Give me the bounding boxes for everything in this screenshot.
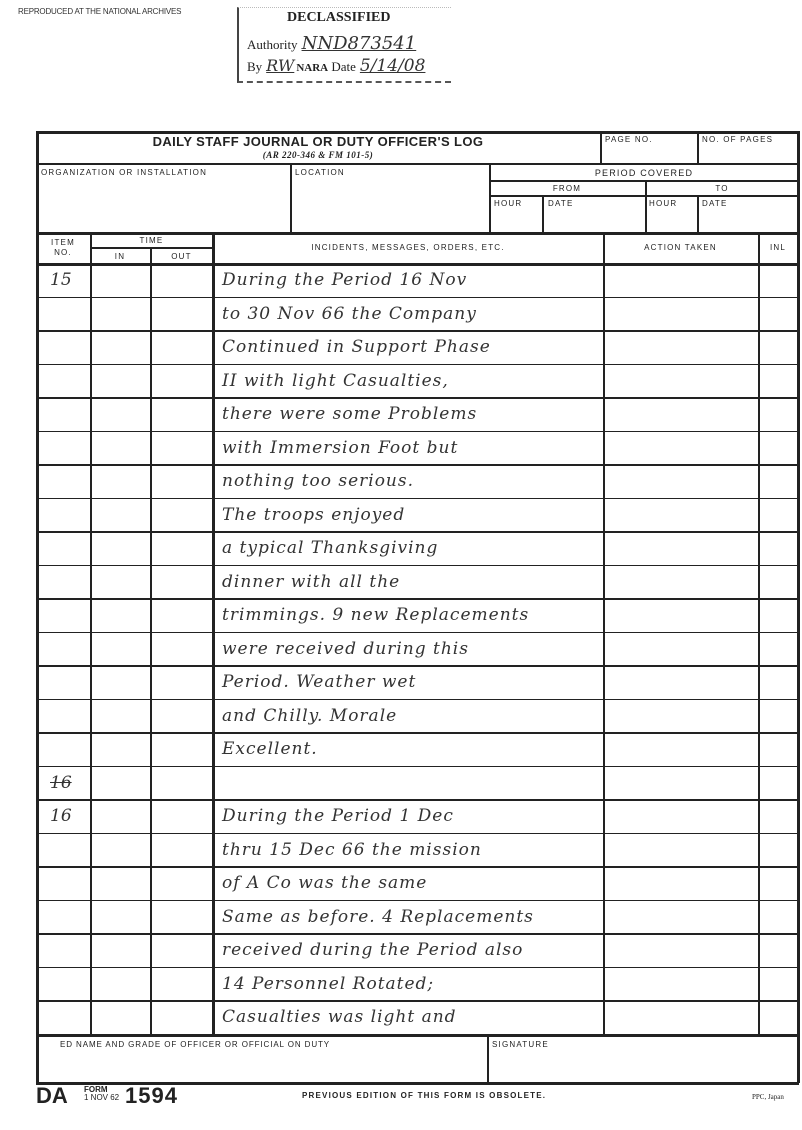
divider	[489, 195, 799, 197]
incident-text: Same as before. 4 Replacements	[218, 901, 607, 934]
stamp-by-label: By	[247, 59, 262, 74]
item-number	[40, 465, 98, 498]
incident-text: thru 15 Dec 66 the mission	[218, 834, 607, 867]
incident-text: Continued in Support Phase	[218, 331, 607, 364]
item-no-header: ITEM NO.	[36, 238, 90, 258]
action-taken-header: ACTION TAKEN	[603, 243, 758, 252]
divider	[212, 232, 215, 1035]
divider	[36, 163, 799, 165]
incident-text: there were some Problems	[218, 398, 607, 431]
stamp-agency: NARA	[296, 62, 328, 74]
item-number: 16	[40, 767, 98, 800]
divider	[36, 1034, 799, 1037]
form-title: DAILY STAFF JOURNAL OR DUTY OFFICER'S LO…	[36, 134, 600, 149]
incidents-header: INCIDENTS, MESSAGES, ORDERS, ETC.	[213, 243, 603, 252]
stamp-authority-label: Authority	[247, 37, 298, 52]
incident-text: The troops enjoyed	[218, 499, 607, 532]
footer-printer: PPC, Japan	[752, 1093, 784, 1101]
incident-text	[218, 767, 607, 800]
incident-text: of A Co was the same	[218, 867, 607, 900]
officer-name-label: ED NAME AND GRADE OF OFFICER OR OFFICIAL…	[60, 1040, 330, 1049]
item-number: 15	[40, 264, 98, 297]
incident-text: trimmings. 9 new Replacements	[218, 599, 607, 632]
signature-label: SIGNATURE	[492, 1040, 549, 1049]
incident-text: During the Period 1 Dec	[218, 800, 607, 833]
to-date-label: DATE	[702, 199, 728, 208]
time-header: TIME	[90, 236, 213, 245]
archive-note: REPRODUCED AT THE NATIONAL ARCHIVES	[18, 7, 181, 16]
item-number	[40, 666, 98, 699]
divider	[697, 131, 699, 164]
incident-text: to 30 Nov 66 the Company	[218, 298, 607, 331]
incident-text: Period. Weather wet	[218, 666, 607, 699]
item-number	[40, 432, 98, 465]
incident-text: received during the Period also	[218, 934, 607, 967]
to-hour-label: HOUR	[649, 199, 677, 208]
item-number	[40, 633, 98, 666]
from-hour-label: HOUR	[494, 199, 522, 208]
divider	[90, 247, 213, 249]
divider	[150, 247, 152, 1035]
time-out-header: OUT	[150, 252, 213, 261]
divider	[36, 232, 799, 235]
item-number	[40, 499, 98, 532]
incident-text: Casualties was light and	[218, 1001, 607, 1034]
inl-header: INL	[758, 243, 798, 252]
item-number	[40, 867, 98, 900]
incident-text: During the Period 16 Nov	[218, 264, 607, 297]
divider	[758, 232, 760, 1035]
item-number	[40, 934, 98, 967]
incident-text: a typical Thanksgiving	[218, 532, 607, 565]
form-border-right	[797, 131, 800, 1083]
footer-form-number: 1594	[125, 1083, 178, 1109]
divider	[290, 163, 292, 233]
item-number	[40, 532, 98, 565]
period-covered-label: PERIOD COVERED	[489, 168, 799, 178]
divider	[645, 180, 647, 233]
location-label: LOCATION	[295, 168, 345, 177]
divider	[600, 131, 602, 164]
stamp-authority: AuthorityNND873541	[247, 33, 416, 54]
item-number	[40, 733, 98, 766]
item-number	[40, 298, 98, 331]
no-of-pages-label: NO. OF PAGES	[702, 135, 773, 144]
item-number	[40, 1001, 98, 1034]
item-number	[40, 901, 98, 934]
item-number	[40, 834, 98, 867]
incident-text: Excellent.	[218, 733, 607, 766]
stamp-heading: DECLASSIFIED	[287, 10, 390, 26]
footer-form-info: FORM 1 NOV 62	[84, 1086, 119, 1102]
item-number	[40, 365, 98, 398]
page-no-label: PAGE NO.	[605, 135, 653, 144]
stamp-authority-value: NND873541	[302, 33, 417, 54]
incident-text: and Chilly. Morale	[218, 700, 607, 733]
incident-text: nothing too serious.	[218, 465, 607, 498]
declassification-stamp: DECLASSIFIED AuthorityNND873541 ByRWNARA…	[237, 7, 451, 83]
incident-text: were received during this	[218, 633, 607, 666]
divider	[542, 195, 544, 233]
item-number	[40, 566, 98, 599]
incident-text: 14 Personnel Rotated;	[218, 968, 607, 1001]
incident-text: dinner with all the	[218, 566, 607, 599]
form-subtitle: (AR 220-346 & FM 101-5)	[36, 150, 600, 160]
item-header-line2: NO.	[36, 248, 90, 258]
footer-obsolete-note: PREVIOUS EDITION OF THIS FORM IS OBSOLET…	[302, 1091, 546, 1100]
footer-form-date: 1 NOV 62	[84, 1094, 119, 1102]
form-border-left	[36, 131, 39, 1083]
stamp-by-line: ByRWNARA Date5/14/08	[247, 56, 425, 76]
item-number	[40, 700, 98, 733]
item-number	[40, 331, 98, 364]
item-number: 16	[40, 800, 98, 833]
divider	[697, 195, 699, 233]
to-label: TO	[645, 184, 799, 193]
stamp-by-initials: RW	[266, 56, 294, 75]
stamp-date-label: Date	[331, 59, 356, 74]
stamp-date-value: 5/14/08	[360, 56, 426, 76]
incident-text: II with light Casualties,	[218, 365, 607, 398]
incident-text: with Immersion Foot but	[218, 432, 607, 465]
item-number	[40, 599, 98, 632]
item-number	[40, 398, 98, 431]
from-label: FROM	[489, 184, 645, 193]
item-header-line1: ITEM	[36, 238, 90, 248]
from-date-label: DATE	[548, 199, 574, 208]
organization-label: ORGANIZATION OR INSTALLATION	[41, 168, 207, 177]
time-in-header: IN	[90, 252, 150, 261]
divider	[487, 1034, 489, 1083]
divider	[489, 180, 799, 182]
item-number	[40, 968, 98, 1001]
footer-da: DA	[36, 1083, 68, 1109]
